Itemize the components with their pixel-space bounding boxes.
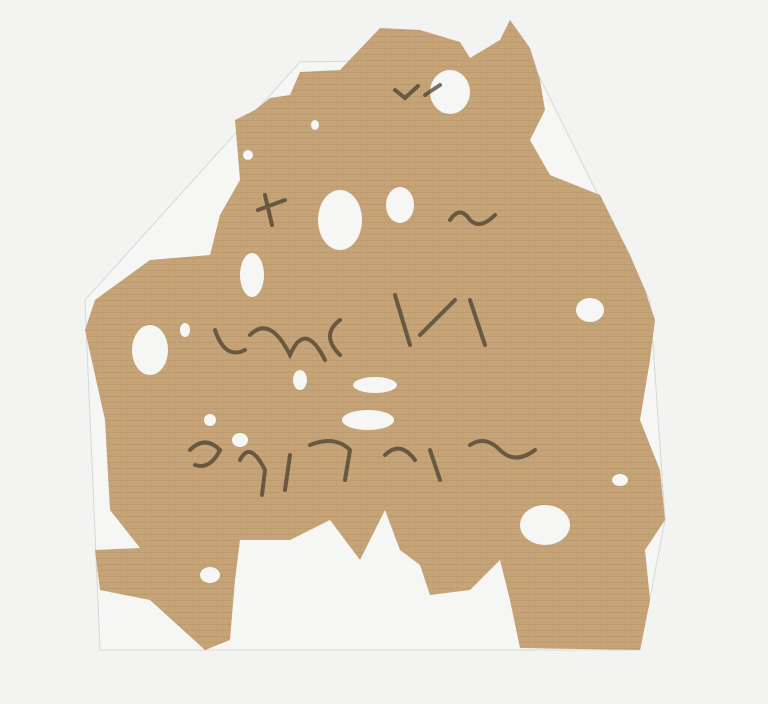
papyrus-fragment [0,0,768,704]
papyrus-photo [0,0,768,704]
